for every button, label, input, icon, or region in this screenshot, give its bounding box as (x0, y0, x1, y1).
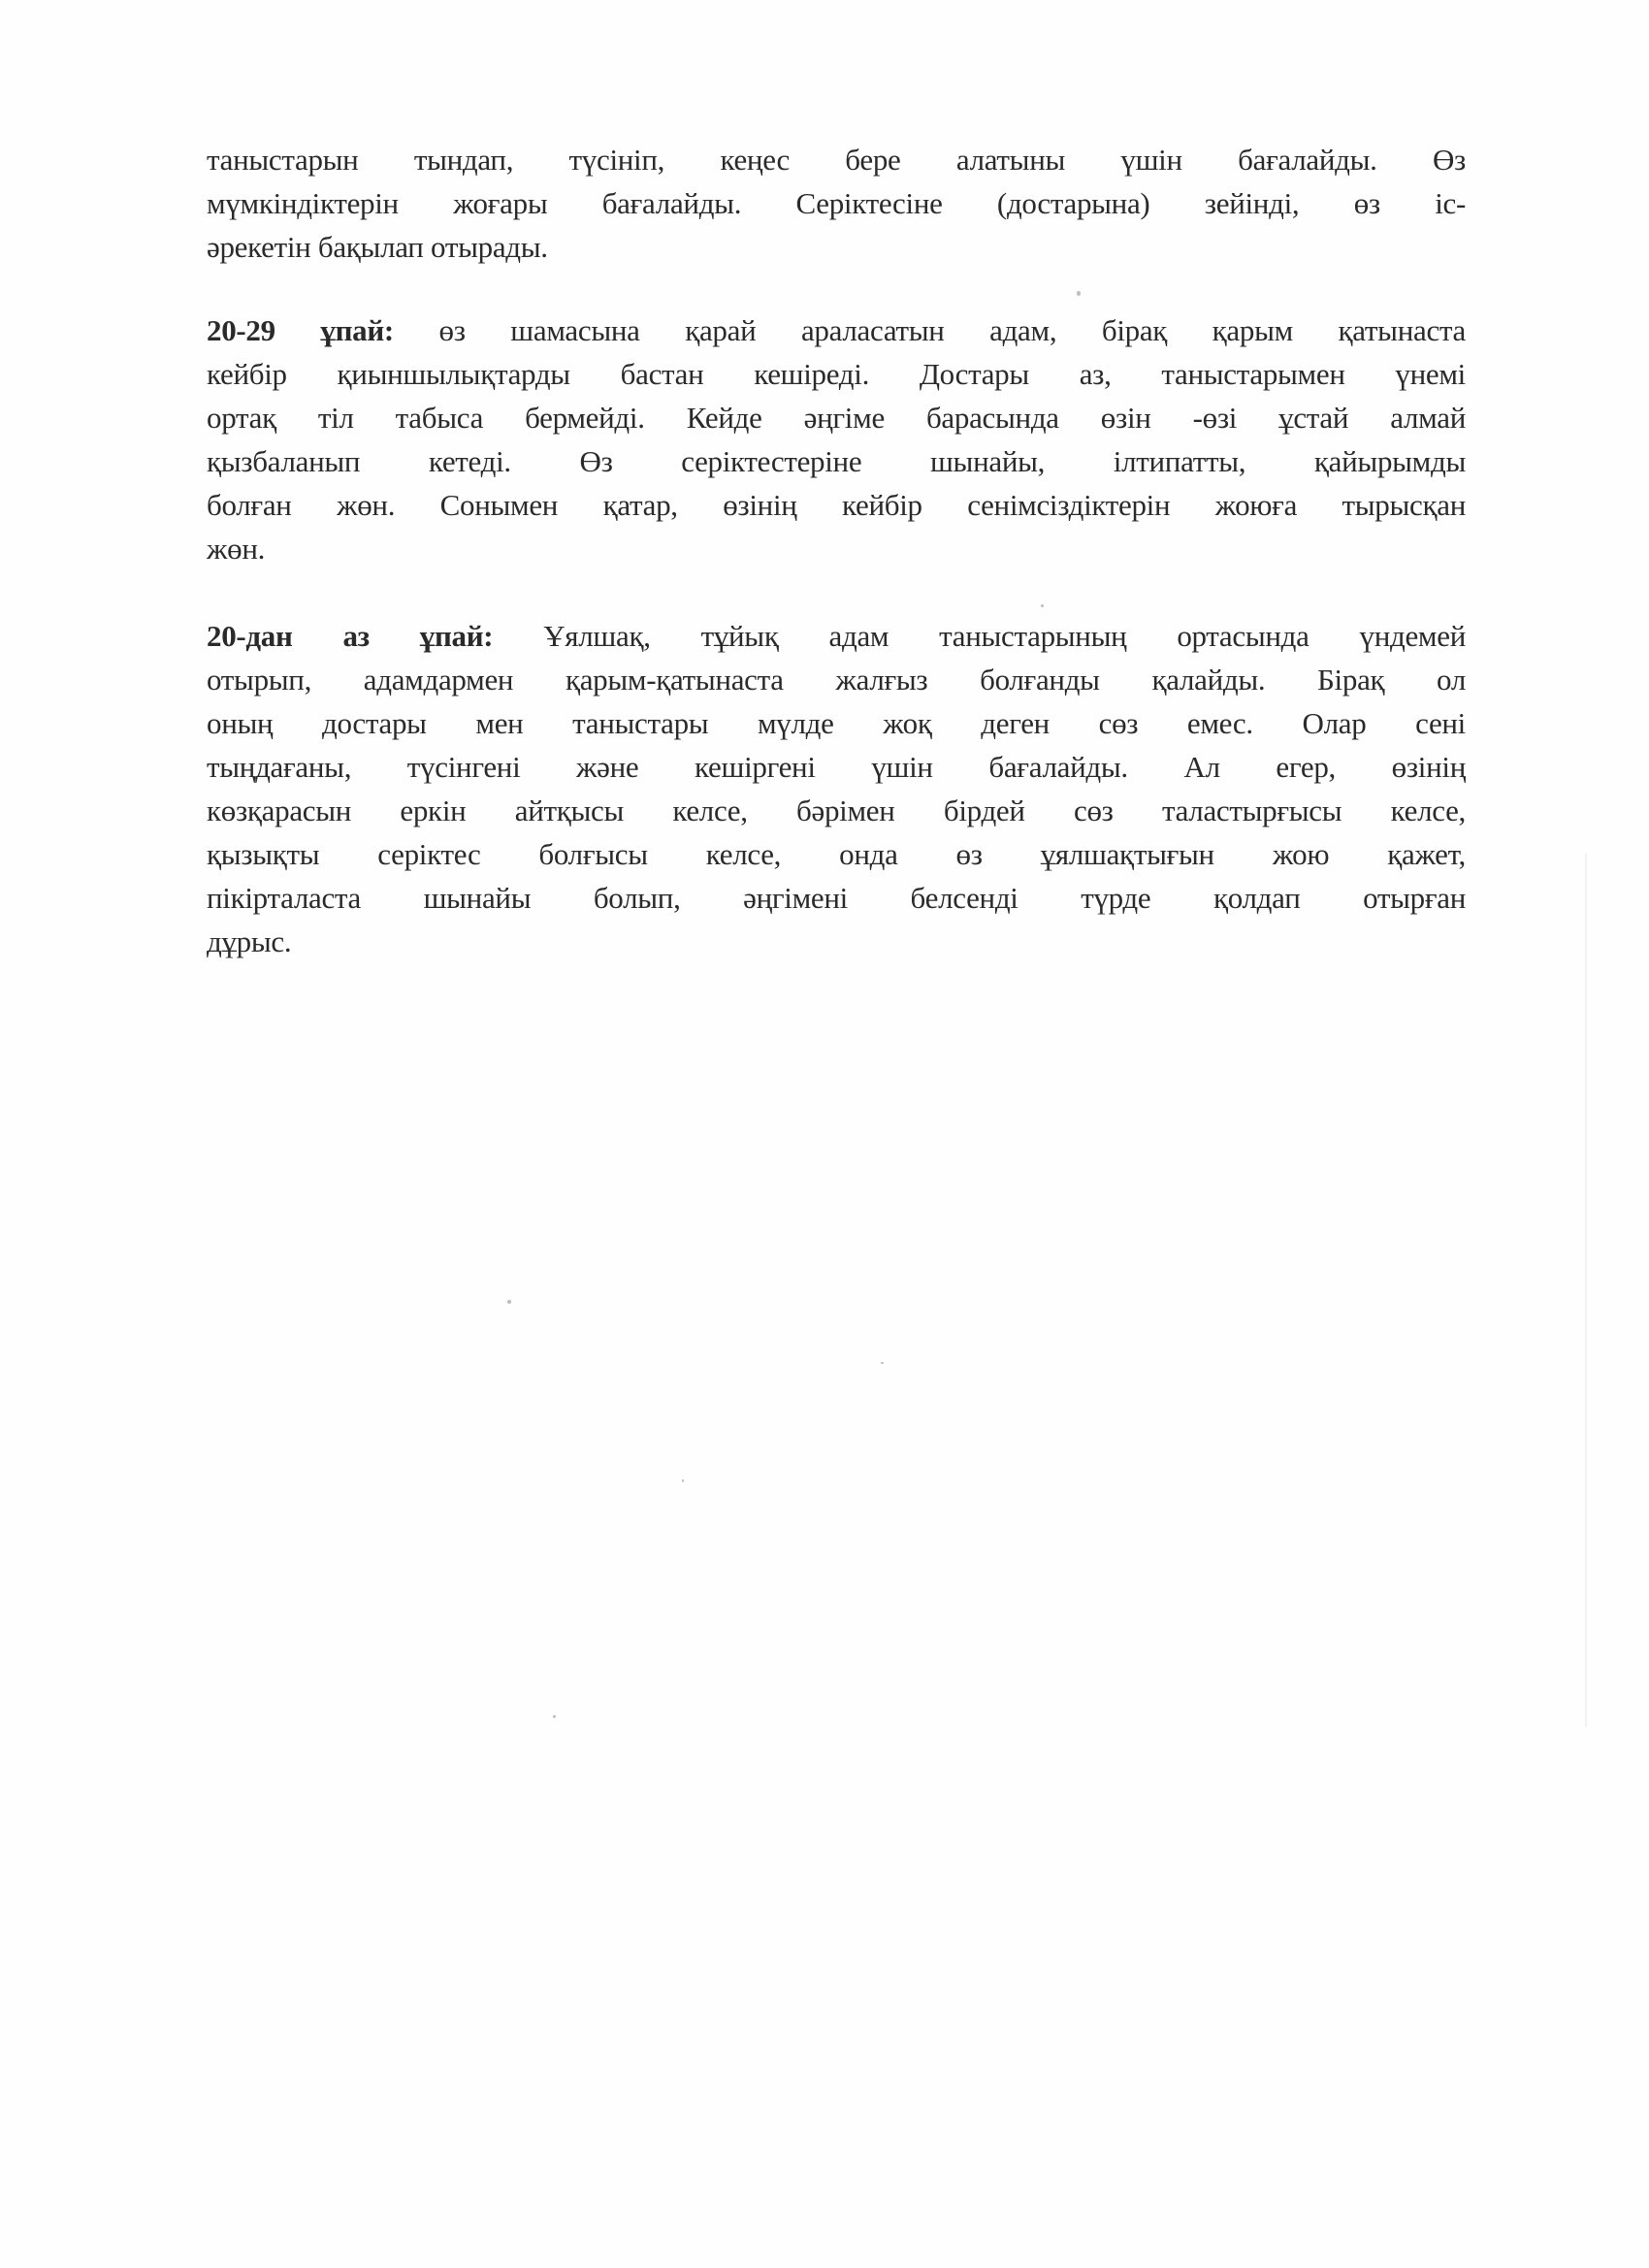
text-run: Ұялшақ, тұйық адам таныстарының ортасынд… (493, 619, 1466, 653)
paragraph-score-under-20: 20-дан аз ұпай: Ұялшақ, тұйық адам таныс… (207, 614, 1466, 963)
text-line: көзқарасын еркін айтқысы келсе, бәрімен … (207, 789, 1466, 832)
text-line: жөн. (207, 527, 1466, 570)
text-line: кейбір қиыншылықтарды бастан кешіреді. Д… (207, 352, 1466, 396)
scan-speck (682, 1479, 684, 1482)
score-range-heading: 20-дан аз ұпай: (207, 619, 493, 653)
paragraph-continuation: таныстарын тындап, түсініп, кеңес бере а… (207, 138, 1466, 269)
text-line: қызықты серіктес болғысы келсе, онда өз … (207, 832, 1466, 876)
text-line: оның достары мен таныстары мүлде жоқ дег… (207, 701, 1466, 745)
scan-speck (1077, 291, 1081, 296)
text-line: пікірталаста шынайы болып, әңгімені белс… (207, 876, 1466, 920)
text-line: отырып, адамдармен қарым-қатынаста жалғы… (207, 658, 1466, 701)
text-run: өз шамасына қарай араласатын адам, бірақ… (394, 313, 1466, 347)
scan-speck (507, 1300, 511, 1304)
text-line: таныстарын тындап, түсініп, кеңес бере а… (207, 138, 1466, 181)
text-line: әрекетін бақылап отырады. (207, 225, 1466, 269)
text-line: тыңдағаны, түсінгені және кешіргені үшін… (207, 745, 1466, 789)
text-line: дұрыс. (207, 920, 1466, 963)
scan-speck (881, 1362, 884, 1364)
scan-speck (1041, 604, 1044, 607)
score-range-heading: 20-29 ұпай: (207, 313, 394, 347)
text-line: ортақ тіл табыса бермейді. Кейде әңгіме … (207, 396, 1466, 439)
scan-edge-line (1585, 854, 1587, 1727)
document-page: таныстарын тындап, түсініп, кеңес бере а… (0, 0, 1649, 2268)
paragraph-score-20-29: 20-29 ұпай: өз шамасына қарай араласатын… (207, 308, 1466, 570)
text-line: 20-дан аз ұпай: Ұялшақ, тұйық адам таныс… (207, 614, 1466, 658)
text-line: болған жөн. Сонымен қатар, өзінің кейбір… (207, 483, 1466, 527)
text-line: мүмкіндіктерін жоғары бағалайды. Серікте… (207, 181, 1466, 225)
text-line: 20-29 ұпай: өз шамасына қарай араласатын… (207, 308, 1466, 352)
scan-speck (553, 1715, 556, 1718)
text-line: қызбаланып кетеді. Өз серіктестеріне шын… (207, 439, 1466, 483)
